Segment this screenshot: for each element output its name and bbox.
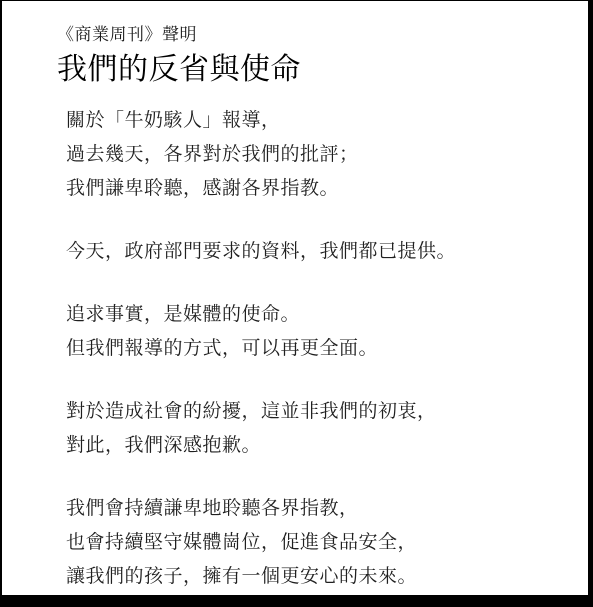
- statement-kicker: 《商業周刊》聲明: [57, 23, 558, 47]
- statement-paragraph: 對於造成社會的紛擾，這並非我們的初衷，對此，我們深感抱歉。: [66, 395, 558, 463]
- statement-paragraph: 我們會持續謙卑地聆聽各界指教，也會持續堅守媒體崗位，促進食品安全，讓我們的孩子，…: [66, 492, 558, 594]
- statement-paragraph: 關於「牛奶駭人」報導，過去幾天，各界對於我們的批評；我們謙卑聆聽，感謝各界指教。: [66, 104, 558, 206]
- statement-paragraph: 追求事實，是媒體的使命。但我們報導的方式，可以再更全面。: [66, 298, 558, 366]
- statement-image: { "page": { "background": "#ffffff", "fr…: [0, 0, 593, 607]
- statement-paragraph: 今天，政府部門要求的資料，我們都已提供。: [66, 235, 558, 269]
- statement-title: 我們的反省與使命: [57, 49, 558, 91]
- statement-body: 關於「牛奶駭人」報導，過去幾天，各界對於我們的批評；我們謙卑聆聽，感謝各界指教。…: [57, 104, 558, 594]
- statement-page: 《商業周刊》聲明 我們的反省與使命 關於「牛奶駭人」報導，過去幾天，各界對於我們…: [2, 1, 588, 595]
